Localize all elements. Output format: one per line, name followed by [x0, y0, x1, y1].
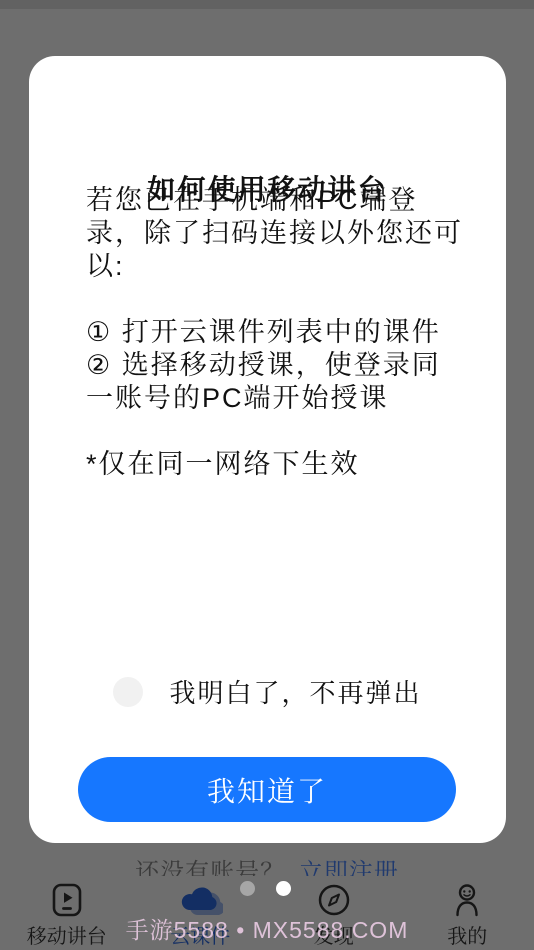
body-line: ① 打开云课件列表中的课件	[86, 316, 476, 349]
body-line: 一账号的PC端开始授课	[86, 382, 476, 415]
body-line	[86, 283, 476, 316]
body-line: 若您已在手机端和PC端登	[86, 184, 476, 217]
confirm-button[interactable]: 我知道了	[78, 757, 456, 822]
checkbox-label: 我明白了，不再弹出	[169, 673, 421, 710]
body-line: ② 选择移动授课，使登录同	[86, 349, 476, 382]
checkbox-unchecked-icon[interactable]	[113, 677, 143, 707]
app-screen: 还没有账号？ 立即注册 移动讲台	[0, 0, 534, 950]
dialog-body: 若您已在手机端和PC端登 录，除了扫码连接以外您还可 以: ① 打开云课件列表中…	[86, 184, 476, 481]
carousel-dot-active[interactable]	[276, 881, 291, 896]
carousel-dot-inactive[interactable]	[240, 881, 255, 896]
carousel-dots	[240, 881, 291, 896]
body-line: *仅在同一网络下生效	[86, 448, 476, 481]
status-bar	[0, 0, 534, 9]
dont-show-again-row[interactable]: 我明白了，不再弹出	[29, 673, 506, 710]
watermark-text: 手游5588 • MX5588.COM	[0, 912, 534, 945]
body-line: 录，除了扫码连接以外您还可	[86, 217, 476, 250]
body-line: 以:	[86, 250, 476, 283]
how-to-use-dialog: 如何使用移动讲台 若您已在手机端和PC端登 录，除了扫码连接以外您还可 以: ①…	[29, 56, 506, 843]
body-line	[86, 415, 476, 448]
